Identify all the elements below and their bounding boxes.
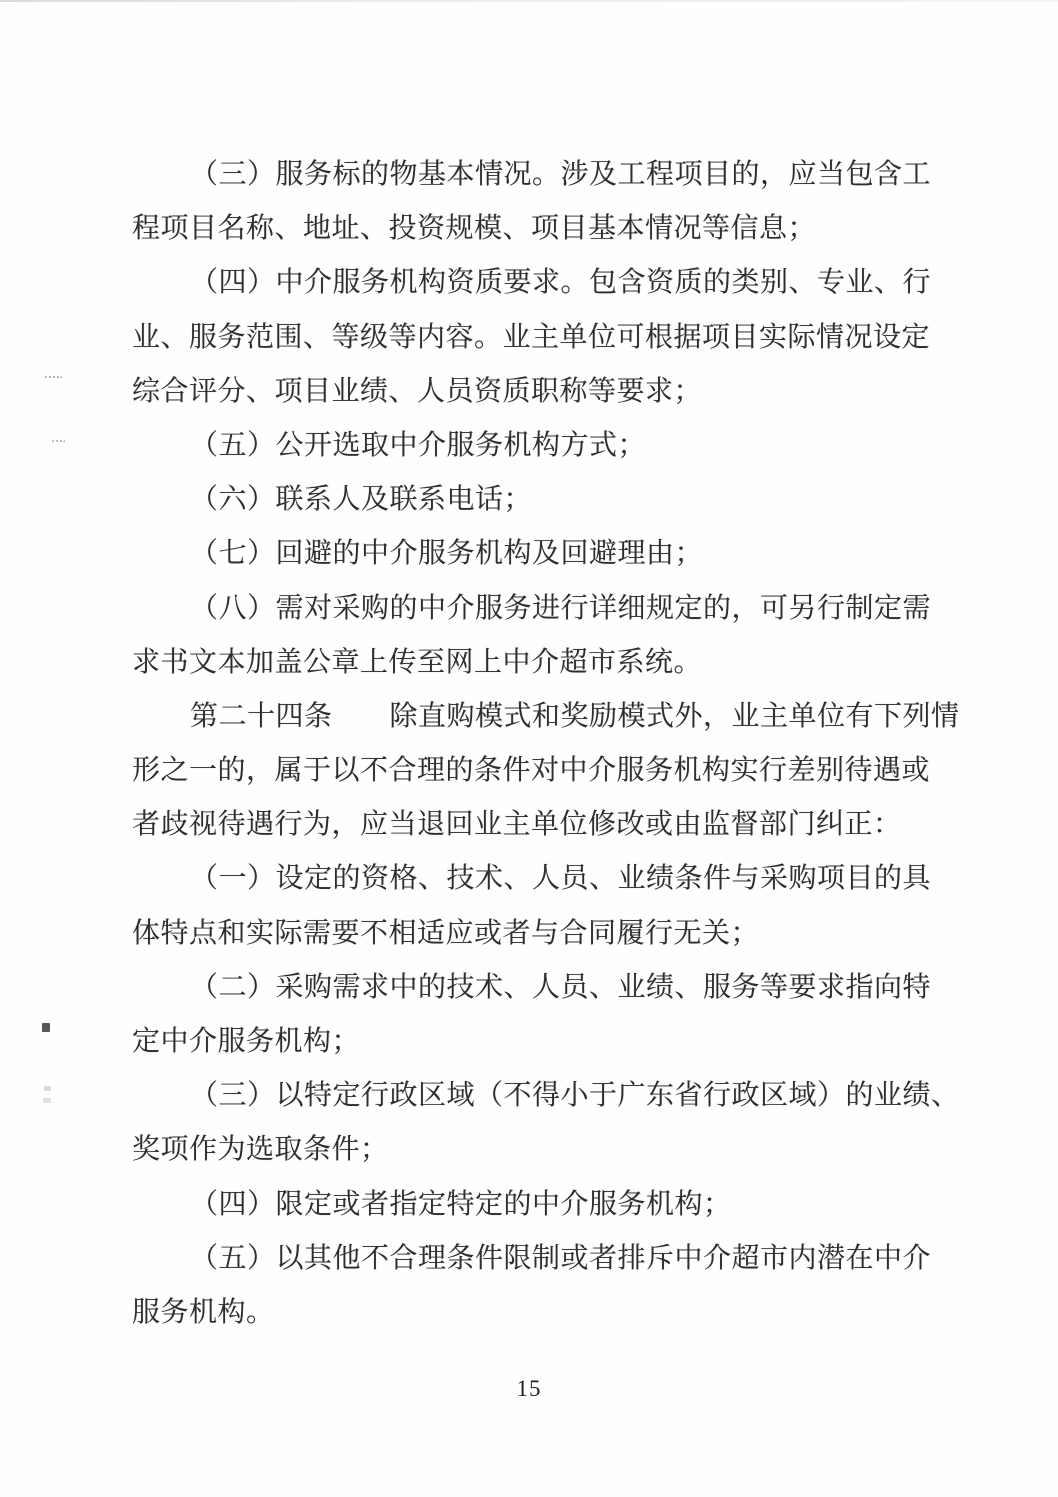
- text-line: 形之一的，属于以不合理的条件对中介服务机构实行差别待遇或: [132, 744, 934, 798]
- text-line: （四）限定或者指定特定的中介服务机构；: [132, 1178, 934, 1232]
- paragraph: （三）以特定行政区域（不得小于广东省行政区域）的业绩、奖项作为选取条件；: [132, 1069, 934, 1177]
- scan-artifact: [44, 1086, 51, 1091]
- paragraph: （四）中介服务机构资质要求。包含资质的类别、专业、行业、服务范围、等级等内容。业…: [132, 256, 934, 419]
- scan-edge-line: [0, 0, 1058, 2]
- paragraph: （三）服务标的物基本情况。涉及工程项目的，应当包含工程项目名称、地址、投资规模、…: [132, 148, 934, 256]
- text-line: （三）服务标的物基本情况。涉及工程项目的，应当包含工: [132, 148, 934, 202]
- text-line: 综合评分、项目业绩、人员资质职称等要求；: [132, 365, 934, 419]
- scan-artifact: [42, 1023, 50, 1032]
- scan-artifact: [52, 440, 65, 446]
- paragraph: （五）以其他不合理条件限制或者排斥中介超市内潜在中介服务机构。: [132, 1232, 934, 1340]
- scan-artifact: [43, 1098, 51, 1103]
- text-line: （六）联系人及联系电话；: [132, 473, 934, 527]
- text-line: （八）需对采购的中介服务进行详细规定的，可另行制定需: [132, 582, 934, 636]
- text-line: 业、服务范围、等级等内容。业主单位可根据项目实际情况设定: [132, 311, 934, 365]
- text-line: 者歧视待遇行为，应当退回业主单位修改或由监督部门纠正：: [132, 798, 934, 852]
- text-line: 第二十四条 除直购模式和奖励模式外，业主单位有下列情: [132, 690, 934, 744]
- paragraph: （六）联系人及联系电话；: [132, 473, 934, 527]
- paragraph: （一）设定的资格、技术、人员、业绩条件与采购项目的具体特点和实际需要不相适应或者…: [132, 852, 934, 960]
- text-line: （一）设定的资格、技术、人员、业绩条件与采购项目的具: [132, 852, 934, 906]
- text-line: 程项目名称、地址、投资规模、项目基本情况等信息；: [132, 202, 934, 256]
- text-line: （五）以其他不合理条件限制或者排斥中介超市内潜在中介: [132, 1232, 934, 1286]
- scan-artifact: [45, 376, 62, 382]
- text-line: （三）以特定行政区域（不得小于广东省行政区域）的业绩、: [132, 1069, 934, 1123]
- page-number: 15: [0, 1376, 1058, 1402]
- text-line: 奖项作为选取条件；: [132, 1123, 934, 1177]
- text-line: 体特点和实际需要不相适应或者与合同履行无关；: [132, 907, 934, 961]
- text-line: （四）中介服务机构资质要求。包含资质的类别、专业、行: [132, 256, 934, 310]
- document-body: （三）服务标的物基本情况。涉及工程项目的，应当包含工程项目名称、地址、投资规模、…: [132, 148, 934, 1340]
- text-line: 服务机构。: [132, 1286, 934, 1340]
- text-line: （七）回避的中介服务机构及回避理由；: [132, 527, 934, 581]
- paragraph: （五）公开选取中介服务机构方式；: [132, 419, 934, 473]
- paragraph: （七）回避的中介服务机构及回避理由；: [132, 527, 934, 581]
- paragraph: （四）限定或者指定特定的中介服务机构；: [132, 1178, 934, 1232]
- text-line: 求书文本加盖公章上传至网上中介超市系统。: [132, 636, 934, 690]
- text-line: （五）公开选取中介服务机构方式；: [132, 419, 934, 473]
- text-line: （二）采购需求中的技术、人员、业绩、服务等要求指向特: [132, 961, 934, 1015]
- paragraph: （二）采购需求中的技术、人员、业绩、服务等要求指向特定中介服务机构；: [132, 961, 934, 1069]
- document-page: （三）服务标的物基本情况。涉及工程项目的，应当包含工程项目名称、地址、投资规模、…: [0, 0, 1058, 1497]
- text-line: 定中介服务机构；: [132, 1015, 934, 1069]
- paragraph: 第二十四条 除直购模式和奖励模式外，业主单位有下列情形之一的，属于以不合理的条件…: [132, 690, 934, 853]
- paragraph: （八）需对采购的中介服务进行详细规定的，可另行制定需求书文本加盖公章上传至网上中…: [132, 582, 934, 690]
